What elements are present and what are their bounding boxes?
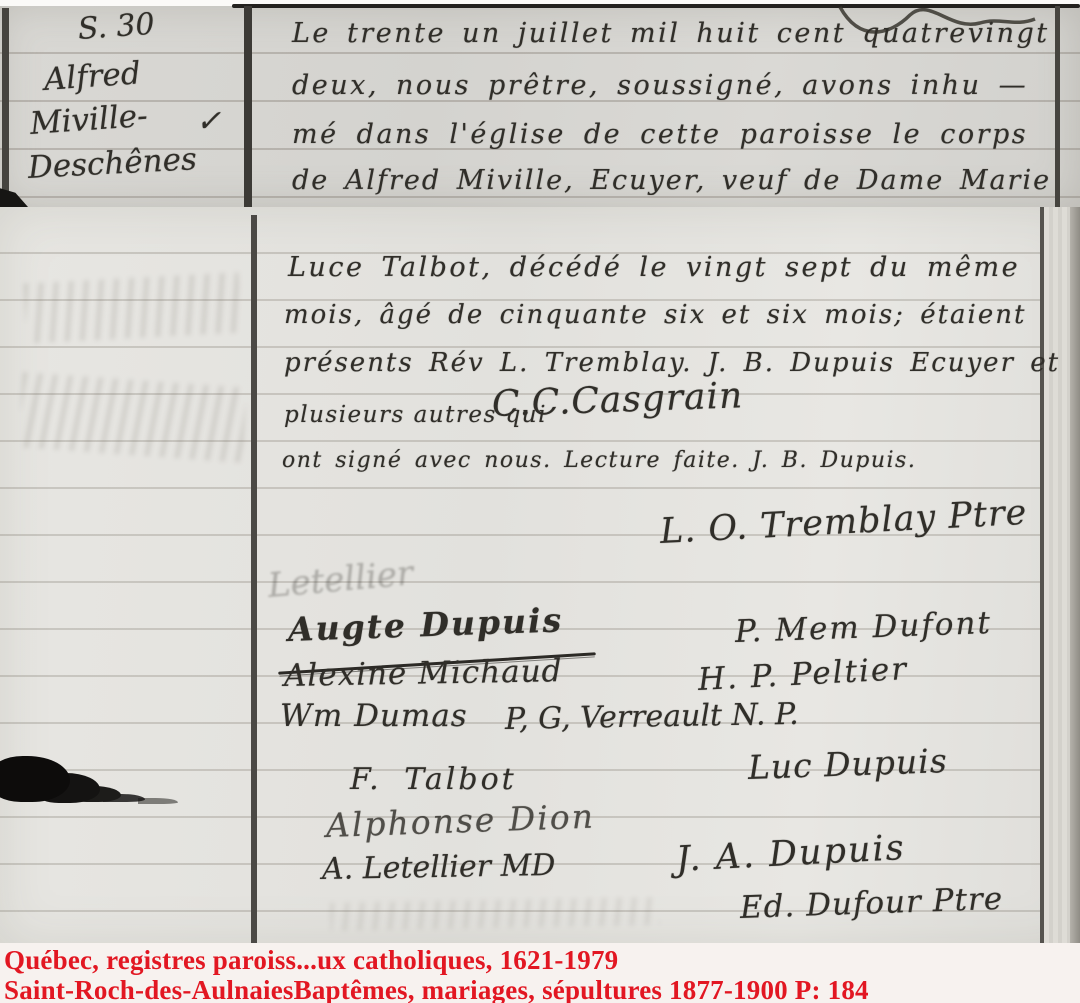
- margin-entry-number: S. 30: [77, 7, 156, 47]
- act-bottom-line1: Luce Talbot, décédé le vingt sept du mêm…: [288, 252, 1020, 283]
- margin-column-rule-top: [244, 6, 252, 207]
- signature-letellier: A. Letellier MD: [322, 848, 556, 887]
- signature-luc-dupuis: Luc Dupuis: [747, 741, 948, 787]
- citation-source-page: Saint-Roch-des-AulnaiesBaptêmes, mariage…: [4, 975, 869, 1003]
- signature-dumas: Wm Dumas: [280, 698, 468, 734]
- margin-column-rule-bottom: [251, 215, 257, 945]
- act-bottom-line3: présents Rév L. Tremblay. J. B. Dupuis E…: [284, 348, 1060, 378]
- page-edge: [1070, 207, 1080, 945]
- act-top-line1: Le trente un juillet mil huit cent quatr…: [292, 18, 1050, 49]
- act-top-line2: deux, nous prêtre, soussigné, avons inhu…: [292, 70, 1028, 101]
- bleed-through-smudge: [24, 272, 242, 343]
- bleed-through-smudge: [18, 372, 248, 463]
- signature-verreault: P, G, Verreault N. P.: [505, 697, 799, 737]
- bleed-through-smudge: [330, 897, 660, 931]
- signature-casgrain: C.C.Casgrain: [491, 375, 744, 425]
- left-border-rule: [2, 8, 9, 204]
- act-bottom-line2: mois, âgé de cinquante six et six mois; …: [284, 300, 1026, 330]
- act-top-line4: de Alfred Miville, Ecuyer, veuf de Dame …: [292, 165, 1051, 196]
- act-bottom-line5: ont signé avec nous. Lecture faite. J. B…: [282, 448, 916, 473]
- citation-collection: Québec, registres paroiss...ux catholiqu…: [4, 945, 618, 976]
- register-scan-page: S. 30 Alfred Miville- ✓ Deschênes Le tre…: [0, 0, 1080, 1003]
- right-column-rule-top: [1055, 6, 1060, 207]
- margin-name-line1: Alfred: [43, 55, 142, 98]
- margin-checkmark-icon: ✓: [196, 104, 221, 139]
- page-gutter: [1044, 207, 1072, 945]
- signature-talbot: F. Talbot: [350, 762, 517, 797]
- signature-michaud: Alexine Michaud: [284, 653, 563, 694]
- act-top-line3: mé dans l'église de cette paroisse le co…: [292, 119, 1028, 150]
- citation-bar: Québec, registres paroiss...ux catholiqu…: [0, 943, 1080, 1003]
